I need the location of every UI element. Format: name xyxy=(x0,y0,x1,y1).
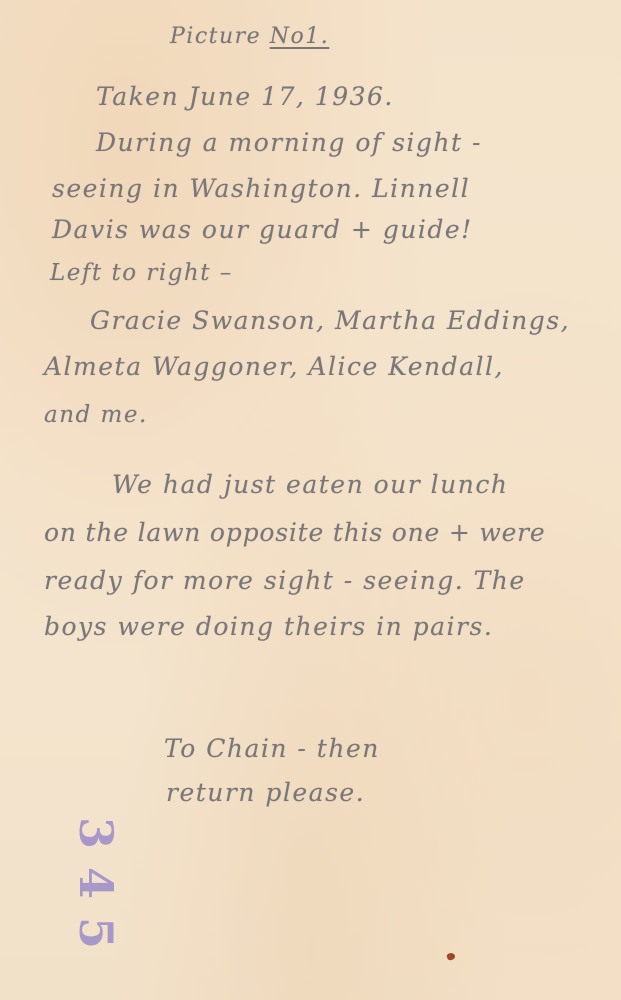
catalog-number-stamp: 3 4 5 xyxy=(66,808,126,958)
names-line-2: Almeta Waggoner, Alice Kendall, xyxy=(44,352,504,381)
stamp-digit: 4 xyxy=(71,867,121,899)
lunch-line-1: We had just eaten our lunch xyxy=(112,470,508,499)
title-prefix: Picture xyxy=(170,24,270,49)
routing-line-2: return please. xyxy=(166,778,365,807)
body-line-1: During a morning of sight - xyxy=(96,128,482,157)
routing-line-1: To Chain - then xyxy=(164,734,380,763)
names-line-3: and me. xyxy=(44,402,148,428)
lunch-line-3: ready for more sight - seeing. The xyxy=(44,566,526,595)
body-line-4: Left to right – xyxy=(50,260,233,286)
picture-number: No1. xyxy=(270,24,330,49)
lunch-line-4: boys were doing theirs in pairs. xyxy=(44,612,493,641)
names-line-1: Gracie Swanson, Martha Eddings, xyxy=(90,306,570,335)
body-line-2: seeing in Washington. Linnell xyxy=(52,174,470,203)
paper-stain xyxy=(446,952,456,961)
stamp-digit: 5 xyxy=(71,917,121,949)
stamp-digit: 3 xyxy=(71,817,121,849)
document-title: Picture No1. xyxy=(170,24,329,49)
body-line-3: Davis was our guard + guide! xyxy=(52,215,473,244)
date-line: Taken June 17, 1936. xyxy=(96,82,394,111)
document-card: Picture No1. Taken June 17, 1936. During… xyxy=(0,0,621,1000)
lunch-line-2: on the lawn opposite this one + were xyxy=(44,518,546,547)
